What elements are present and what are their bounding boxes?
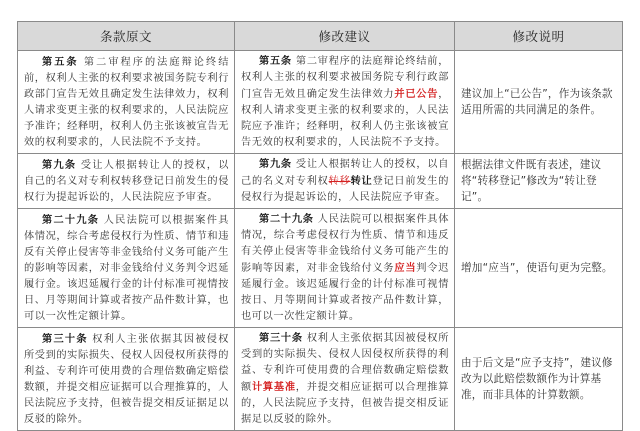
article-number: 第三十条 [241, 332, 303, 344]
original-clause-cell: 第九条 受让人根据转让人的授权，以自己的名义对专利权转移登记日前发生的侵权行为提… [18, 154, 235, 209]
suggestion-clause-cell: 第五条 第二审程序的法庭辩论终结前，权利人主张的权利要求被国务院专利行政部门宣告… [235, 51, 455, 154]
table-row: 第九条 受让人根据转让人的授权，以自己的名义对专利权转移登记日前发生的侵权行为提… [18, 154, 623, 209]
deleted-text: 转移 [329, 176, 351, 187]
explanation-cell: 增加“应当”，使语句更为完整。 [455, 209, 623, 328]
table-row: 第二十九条 人民法院可以根据案件具体情况，综合考虑侵权行为性质、情节和违反有关停… [18, 209, 623, 328]
table-row: 第五条 第二审程序的法庭辩论终结前，权利人主张的权利要求被国务院专利行政部门宣告… [18, 51, 623, 154]
original-clause-cell: 第三十条 权利人主张依据其因被侵权所受到的实际损失、侵权人因侵权所获得的利益、专… [18, 328, 235, 377]
clause-text: 第二审程序的法庭辩论终结前，权利人主张的权利要求被国务院专利行政部门宣告无效且确… [24, 57, 229, 148]
clause-text: 人民法院可以根据案件具体情况，综合考虑侵权行为性质、情节和违反有关停止侵害等非金… [24, 215, 229, 322]
added-text: 并已公告 [394, 88, 438, 100]
suggestion-clause-cell: 第三十条 权利人主张依据其因被侵权所受到的实际损失、侵权人因侵权所获得的利益、专… [235, 328, 455, 377]
suggestion-clause-cell: 第九条 受让人根据转让人的授权，以自己的名义对专利权转移转让登记日前发生的侵权行… [235, 154, 455, 209]
article-number: 第二十九条 [241, 213, 314, 225]
original-clause-cell: 第五条 第二审程序的法庭辩论终结前，权利人主张的权利要求被国务院专利行政部门宣告… [18, 51, 235, 154]
explanation-cell: 根据法律文件既有表述，建议将“转移登记”修改为“转让登记”。 [455, 154, 623, 209]
explanation-cell: 建议加上“已公告”，作为该条款适用所需的共同满足的条件。 [455, 51, 623, 154]
article-number: 第九条 [24, 159, 76, 171]
suggestion-clause-cell: 第二十九条 人民法院可以根据案件具体情况，综合考虑侵权行为性质、情节和违反有关停… [235, 209, 455, 328]
comparison-table-container: 条款原文 修改建议 修改说明 第五条 第二审程序的法庭辩论终结前，权利人主张的权… [17, 21, 622, 376]
article-number: 第二十九条 [24, 214, 99, 226]
replaced-text: 转让 [351, 175, 373, 187]
header-explanation: 修改说明 [455, 22, 623, 51]
article-number: 第五条 [24, 56, 79, 68]
table-row: 第三十条 权利人主张依据其因被侵权所受到的实际损失、侵权人因侵权所获得的利益、专… [18, 328, 623, 377]
article-number: 第三十条 [24, 333, 88, 345]
original-clause-cell: 第二十九条 人民法院可以根据案件具体情况，综合考虑侵权行为性质、情节和违反有关停… [18, 209, 235, 328]
article-number: 第九条 [241, 158, 292, 170]
header-original-text: 条款原文 [18, 22, 235, 51]
header-suggestion: 修改建议 [235, 22, 455, 51]
article-number: 第五条 [241, 55, 292, 67]
added-text: 应当 [394, 262, 416, 274]
table-header-row: 条款原文 修改建议 修改说明 [18, 22, 623, 51]
explanation-cell: 由于后文是“应予支持”，建议修改为以此赔偿数额作为计算基准，而非具体的计算数额。 [455, 328, 623, 377]
clause-comparison-table: 条款原文 修改建议 修改说明 第五条 第二审程序的法庭辩论终结前，权利人主张的权… [17, 21, 623, 376]
